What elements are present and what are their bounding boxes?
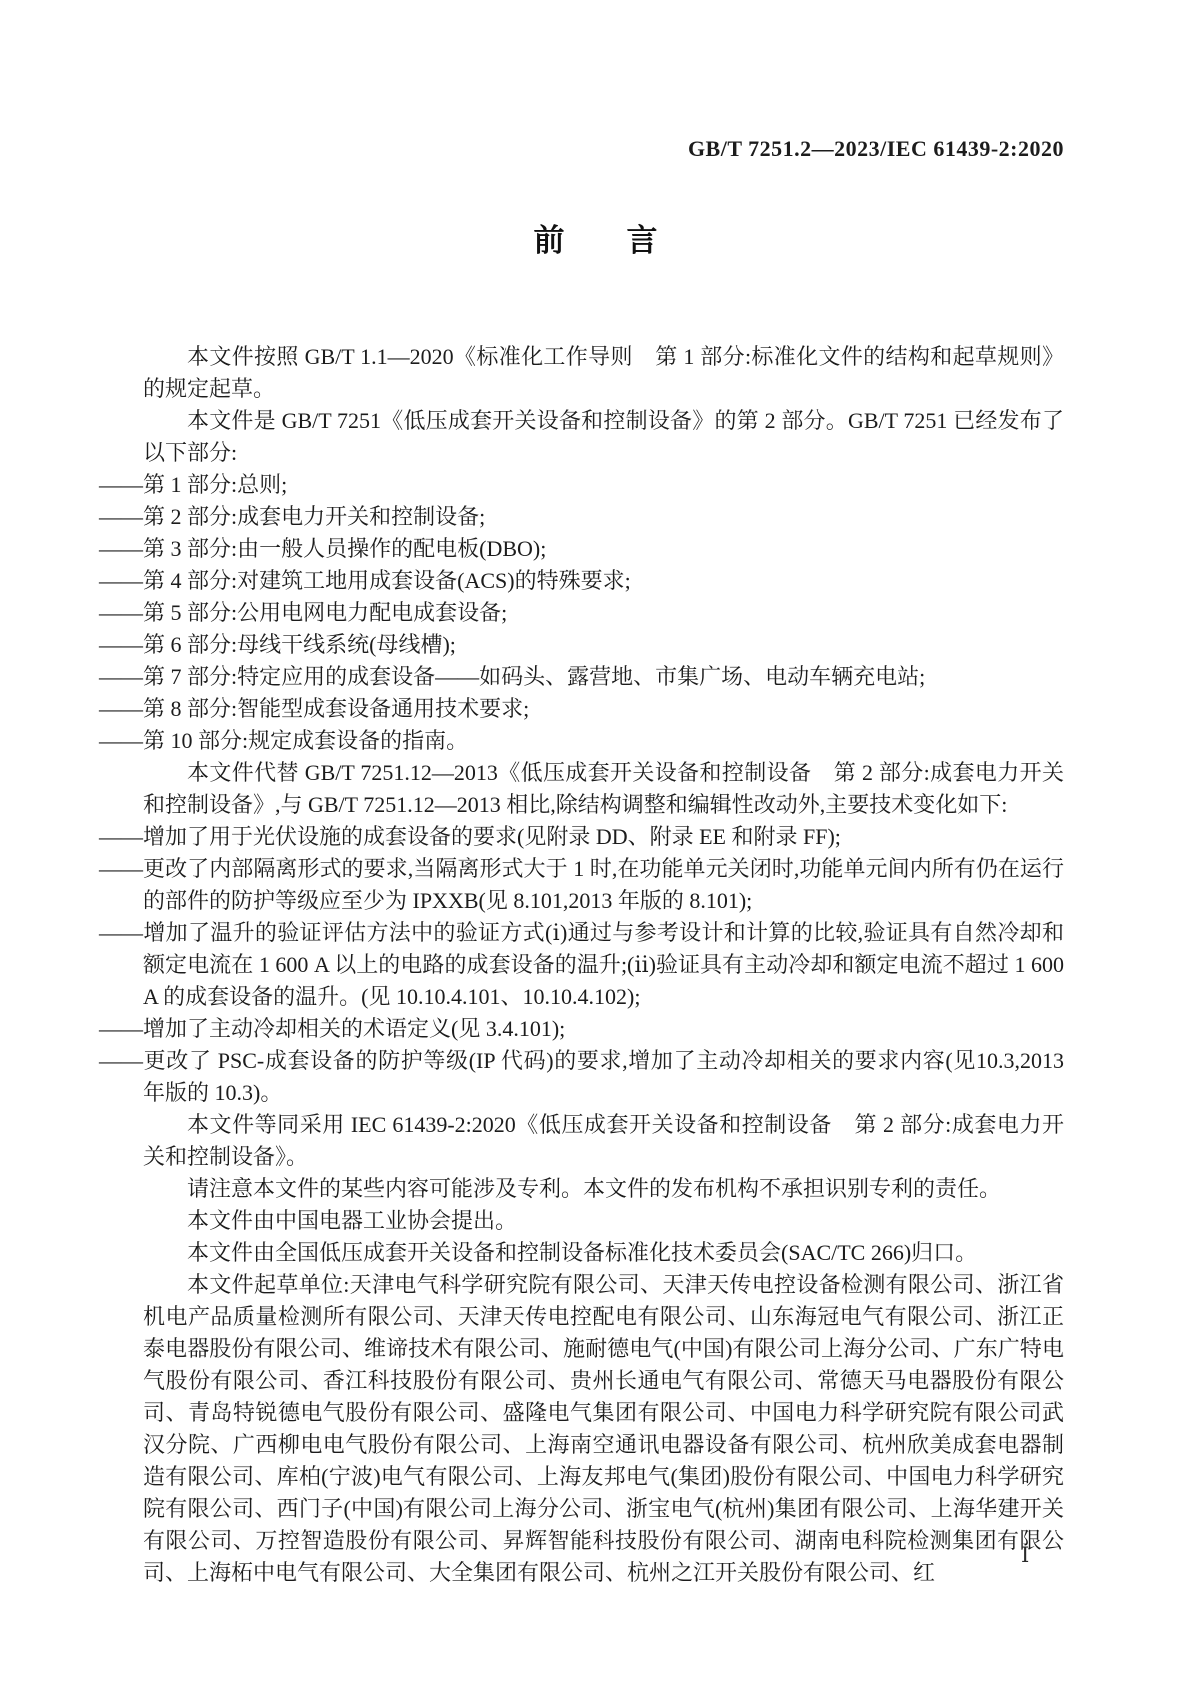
list-item: ——更改了 PSC-成套设备的防护等级(IP 代码)的要求,增加了主动冷却相关的… [143, 1045, 1064, 1109]
list-item: ——增加了主动冷却相关的术语定义(见 3.4.101); [143, 1013, 1064, 1045]
list-item: ——第 7 部分:特定应用的成套设备——如码头、露营地、市集广场、电动车辆充电站… [143, 661, 1064, 693]
paragraph: 请注意本文件的某些内容可能涉及专利。本文件的发布机构不承担识别专利的责任。 [143, 1173, 1064, 1205]
paragraph: 本文件起草单位:天津电气科学研究院有限公司、天津天传电控设备检测有限公司、浙江省… [143, 1269, 1064, 1589]
document-page: GB/T 7251.2—2023/IEC 61439-2:2020 前 言 本文… [0, 0, 1191, 1685]
list-item: ——第 5 部分:公用电网电力配电成套设备; [143, 597, 1064, 629]
page-title: 前 言 [0, 215, 1191, 260]
list-item: ——增加了温升的验证评估方法中的验证方式(ⅰ)通过与参考设计和计算的比较,验证具… [143, 917, 1064, 1013]
list-item: ——第 3 部分:由一般人员操作的配电板(DBO); [143, 533, 1064, 565]
list-item: ——第 4 部分:对建筑工地用成套设备(ACS)的特殊要求; [143, 565, 1064, 597]
paragraph: 本文件按照 GB/T 1.1—2020《标准化工作导则 第 1 部分:标准化文件… [143, 341, 1064, 405]
list-item: ——第 2 部分:成套电力开关和控制设备; [143, 501, 1064, 533]
paragraph: 本文件代替 GB/T 7251.12—2013《低压成套开关设备和控制设备 第 … [143, 757, 1064, 821]
list-item: ——第 10 部分:规定成套设备的指南。 [143, 725, 1064, 757]
list-item: ——第 1 部分:总则; [143, 469, 1064, 501]
paragraph: 本文件由全国低压成套开关设备和控制设备标准化技术委员会(SAC/TC 266)归… [143, 1237, 1064, 1269]
list-item: ——增加了用于光伏设施的成套设备的要求(见附录 DD、附录 EE 和附录 FF)… [143, 821, 1064, 853]
list-item: ——第 6 部分:母线干线系统(母线槽); [143, 629, 1064, 661]
paragraph: 本文件由中国电器工业协会提出。 [143, 1205, 1064, 1237]
document-body: 本文件按照 GB/T 1.1—2020《标准化工作导则 第 1 部分:标准化文件… [143, 341, 1064, 1589]
list-item: ——第 8 部分:智能型成套设备通用技术要求; [143, 693, 1064, 725]
standard-number-header: GB/T 7251.2—2023/IEC 61439-2:2020 [0, 136, 1064, 162]
paragraph: 本文件等同采用 IEC 61439-2:2020《低压成套开关设备和控制设备 第… [143, 1109, 1064, 1173]
page-number: Ⅰ [1021, 1543, 1029, 1568]
list-item: ——更改了内部隔离形式的要求,当隔离形式大于 1 时,在功能单元关闭时,功能单元… [143, 853, 1064, 917]
paragraph: 本文件是 GB/T 7251《低压成套开关设备和控制设备》的第 2 部分。GB/… [143, 405, 1064, 469]
